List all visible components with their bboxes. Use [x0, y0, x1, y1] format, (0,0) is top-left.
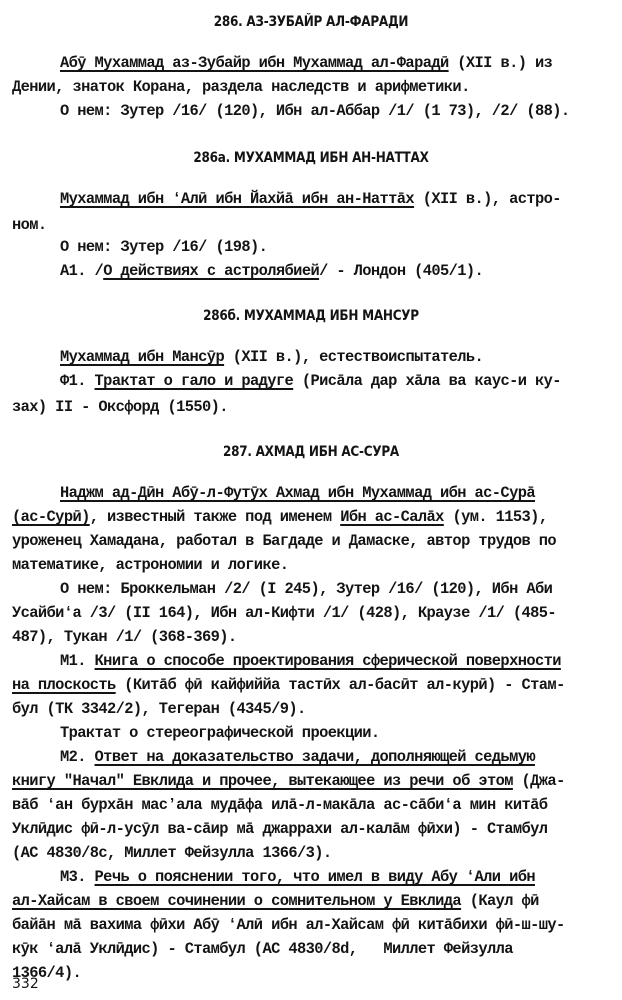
text-span: (Джа- [513, 772, 565, 790]
text-line: М1. Книга о способе проектирования сфери… [60, 650, 561, 672]
text-line: байāн мā вахима фӣхи Абӯ ʻАлӣ ибн ал-Хай… [12, 914, 565, 936]
text-line: М2. Ответ на доказательство задачи, допо… [60, 746, 535, 768]
text-span: (XII в.) из [449, 54, 553, 72]
underlined-title: (ас-Сурӣ) [12, 508, 90, 526]
text-line: зах) II - Оксфорд (1550). [12, 396, 228, 418]
underlined-title: Наджм ад-Дӣн Абӯ-л-Футӯх Ахмад ибн Мухам… [60, 484, 535, 502]
text-line: О нем: Зутер /16/ (120), Ибн ал-Аббар /1… [60, 100, 570, 122]
text-span: / - Лондон (405/1). [319, 262, 483, 280]
text-line: ном. [12, 214, 47, 236]
underlined-title: Книга о способе проектирования сферическ… [95, 652, 561, 670]
text-line: Трактат о стереографической проекции. [60, 722, 380, 744]
text-line: книгу "Начал" Евклида и прочее, вытекающ… [12, 770, 565, 792]
text-line: Уклӣдис фӣ-л-усӯл ва-сāир мā джаррахи ал… [12, 818, 547, 840]
text-line: Абӯ Мухаммад аз-Зубайр ибн Мухаммад ал-Ф… [60, 52, 552, 74]
text-line: на плоскость (Китāб фӣ кайфиййа тастӣх а… [12, 674, 565, 696]
text-span: (ум. 1153), [444, 508, 548, 526]
text-span: (АС 4830/8с, Миллет Фейзулла 1366/3). [12, 844, 332, 862]
entry-heading: 286. АЗ-ЗУБАЙР АЛ-ФАРАДИ [44, 14, 579, 30]
page-number: 332 [12, 976, 39, 992]
text-span: Дении, знаток Корана, раздела наследств … [12, 78, 470, 96]
underlined-title: книгу "Начал" Евклида и прочее, вытекающ… [12, 772, 513, 790]
text-span: М3. [60, 868, 95, 886]
text-line: Мухаммад ибн Мансӯр (XII в.), естествоис… [60, 346, 483, 368]
text-line: Ф1. Трактат о гало и радуге (Рисāла дар … [60, 370, 561, 392]
entry-heading: 287. АХМАД ИБН АС-СУРА [44, 444, 579, 460]
text-span: зах) II - Оксфорд (1550). [12, 398, 228, 416]
text-line: (АС 4830/8с, Миллет Фейзулла 1366/3). [12, 842, 332, 864]
text-line: 487), Тукан /1/ (368-369). [12, 626, 237, 648]
text-span: О нем: Броккельман /2/ (I 245), Зутер /1… [60, 580, 552, 598]
text-span: уроженец Хамадана, работал в Багдаде и Д… [12, 532, 556, 550]
text-line: ал-Хайсам в своем сочинении о сомнительн… [12, 890, 539, 912]
document-page: 286. АЗ-ЗУБАЙР АЛ-ФАРАДИАбӯ Мухаммад аз-… [0, 0, 622, 1000]
text-span: О нем: Зутер /16/ (198). [60, 238, 267, 256]
underlined-title: Ибн ас-Салāх [340, 508, 444, 526]
text-span: 487), Тукан /1/ (368-369). [12, 628, 237, 646]
underlined-title: Трактат о гало и радуге [95, 372, 294, 390]
text-line: М3. Речь о пояснении того, что имел в ви… [60, 866, 535, 888]
entry-heading: 286а. МУХАММАД ИБН АН-НАТТАХ [44, 150, 579, 166]
underlined-title: на плоскость [12, 676, 116, 694]
text-span: математике, астрономии и логике. [12, 556, 288, 574]
text-line: Наджм ад-Дӣн Абӯ-л-Футӯх Ахмад ибн Мухам… [60, 482, 535, 504]
text-line: бул (ТК 3342/2), Тегеран (4345/9). [12, 698, 306, 720]
text-span: Усайбиʻа /3/ (II 164), Ибн ал-Кифти /1/ … [12, 604, 556, 622]
text-line: уроженец Хамадана, работал в Багдаде и Д… [12, 530, 556, 552]
text-span: Уклӣдис фӣ-л-усӯл ва-сāир мā джаррахи ал… [12, 820, 547, 838]
text-line: А1. /О действиях с астролябией/ - Лондон… [60, 260, 483, 282]
text-span: М2. [60, 748, 95, 766]
text-line: О нем: Броккельман /2/ (I 245), Зутер /1… [60, 578, 552, 600]
underlined-title: Мухаммад ибн ʻАлӣ ибн Йахйā ибн ан-Наттā… [60, 190, 414, 208]
text-span: Трактат о стереографической проекции. [60, 724, 380, 742]
underlined-title: Речь о пояснении того, что имел в виду А… [95, 868, 535, 886]
underlined-title: Мухаммад ибн Мансӯр [60, 348, 224, 366]
text-span: бул (ТК 3342/2), Тегеран (4345/9). [12, 700, 306, 718]
text-span: байāн мā вахима фӣхи Абӯ ʻАлӣ ибн ал-Хай… [12, 916, 565, 934]
text-span: , известный также под именем [90, 508, 340, 526]
text-line: Мухаммад ибн ʻАлӣ ибн Йахйā ибн ан-Наттā… [60, 188, 561, 210]
text-span: кӯк ʻалā Уклӣдис) - Стамбул (АС 4830/8d,… [12, 940, 513, 958]
text-span: О нем: Зутер /16/ (120), Ибн ал-Аббар /1… [60, 102, 570, 120]
text-span: М1. [60, 652, 95, 670]
text-span: А1. / [60, 262, 103, 280]
text-span: ном. [12, 216, 47, 234]
text-span: (Рисāла дар хāла ва каус-и ку- [293, 372, 561, 390]
text-span: Ф1. [60, 372, 95, 390]
text-line: О нем: Зутер /16/ (198). [60, 236, 267, 258]
text-line: Дении, знаток Корана, раздела наследств … [12, 76, 470, 98]
text-span: (XII в.), астро- [414, 190, 561, 208]
text-span: (Каул фӣ [461, 892, 539, 910]
text-line: кӯк ʻалā Уклӣдис) - Стамбул (АС 4830/8d,… [12, 938, 513, 960]
underlined-title: Абӯ Мухаммад аз-Зубайр ибн Мухаммад ал-Ф… [60, 54, 449, 72]
text-line: вāб ʻан бурхāн масʼала мудāфа илā-л-макā… [12, 794, 547, 816]
text-line: Усайбиʻа /3/ (II 164), Ибн ал-Кифти /1/ … [12, 602, 556, 624]
underlined-title: О действиях с астролябией [103, 262, 319, 280]
text-line: (ас-Сурӣ), известный также под именем Иб… [12, 506, 547, 528]
entry-heading: 286б. МУХАММАД ИБН МАНСУР [44, 308, 579, 324]
underlined-title: ал-Хайсам в своем сочинении о сомнительн… [12, 892, 461, 910]
text-span: вāб ʻан бурхāн масʼала мудāфа илā-л-макā… [12, 796, 547, 814]
underlined-title: Ответ на доказательство задачи, дополняю… [95, 748, 535, 766]
text-span: (Китāб фӣ кайфиййа тастӣх ал-басӣт ал-ку… [116, 676, 565, 694]
text-line: математике, астрономии и логике. [12, 554, 288, 576]
text-span: (XII в.), естествоиспытатель. [224, 348, 483, 366]
